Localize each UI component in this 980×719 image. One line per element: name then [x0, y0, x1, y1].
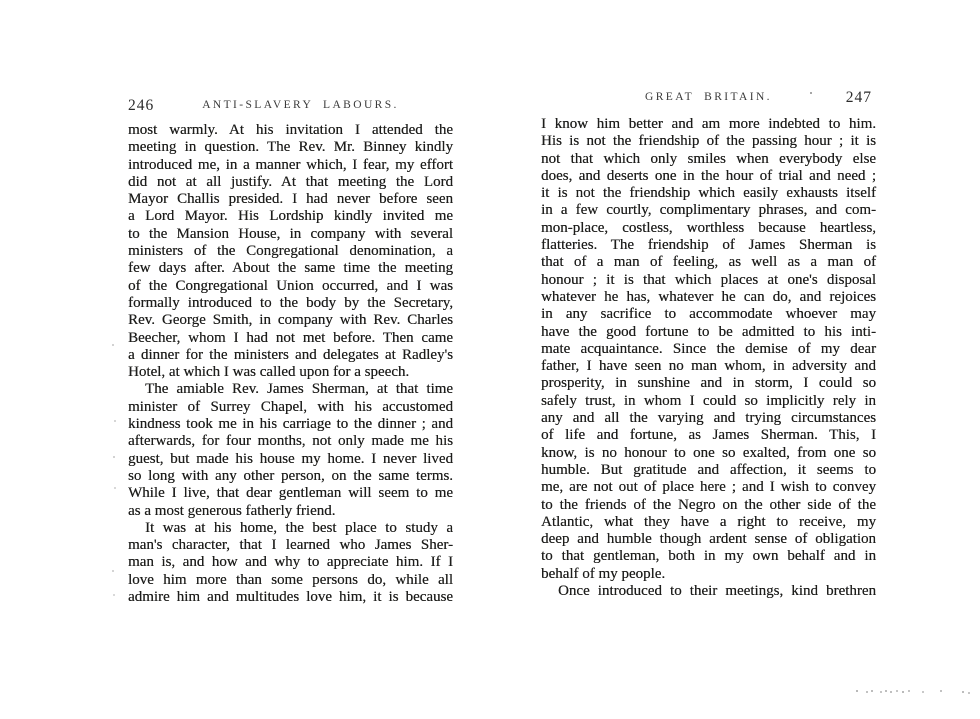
page-247-header: GREAT BRITAIN. 247 [541, 91, 876, 106]
page-247: GREAT BRITAIN. 247 I know him better and… [541, 91, 876, 600]
text-line: most warmly. At his invitation I attende… [128, 122, 453, 139]
running-header: GREAT BRITAIN. [541, 91, 876, 103]
page-246-header: 246 ANTI-SLAVERY LABOURS. [128, 99, 453, 114]
text-line: a Lord Mayor. His Lordship kindly invite… [128, 208, 453, 225]
text-line: prosperity, in sunshine and in storm, I … [541, 375, 876, 392]
text-line: any and all the varying and trying circu… [541, 410, 876, 427]
text-line: It was at his home, the best place to st… [128, 520, 453, 537]
text-line: man is, and how and why to appreciate hi… [128, 554, 453, 571]
text-line: honour ; it is that which places at one'… [541, 272, 876, 289]
scan-speckles [112, 344, 114, 346]
text-line: formally introduced to the body by the S… [128, 295, 453, 312]
text-line: Beecher, whom I had not met before. Then… [128, 330, 453, 347]
text-line: have the good fortune to be admitted to … [541, 324, 876, 341]
text-line: father, I have seen no man whom, in adve… [541, 358, 876, 375]
text-line: whatever he has, whatever he can do, and… [541, 289, 876, 306]
page-246-text: most warmly. At his invitation I attende… [128, 122, 453, 606]
text-line: does, and deserts one in the hour of tri… [541, 168, 876, 185]
text-line: deep and humble though ardent sense of o… [541, 531, 876, 548]
text-line: mate acquaintance. Since the demise of m… [541, 341, 876, 358]
text-line: kindness took me in his carriage to the … [128, 416, 453, 433]
text-line: behalf of my people. [541, 566, 876, 583]
text-line: The amiable Rev. James Sherman, at that … [128, 381, 453, 398]
text-line: a dinner for the ministers and delegates… [128, 347, 453, 364]
text-line: to that gentleman, both in my own behalf… [541, 548, 876, 565]
text-line: While I live, that dear gentleman will s… [128, 485, 453, 502]
text-line: guest, but made his house my home. I nev… [128, 451, 453, 468]
text-line: that of a man of feeling, as well as a m… [541, 254, 876, 271]
page-246: 246 ANTI-SLAVERY LABOURS. most warmly. A… [128, 99, 453, 606]
text-line: Hotel, at which I was called upon for a … [128, 364, 453, 381]
text-line: of the Congregational Union occurred, an… [128, 278, 453, 295]
scan-noise-dots [856, 690, 858, 692]
book-spread: 246 ANTI-SLAVERY LABOURS. most warmly. A… [0, 0, 980, 719]
ink-dot [810, 92, 812, 94]
page-247-text: I know him better and am more indebted t… [541, 116, 876, 600]
text-line: minister of Surrey Chapel, with his accu… [128, 399, 453, 416]
text-line: admire him and multitudes love him, it i… [128, 589, 453, 606]
page-number: 247 [846, 89, 872, 107]
text-line: Once introduced to their meetings, kind … [541, 583, 876, 600]
text-line: it is not the friendship which easily ex… [541, 185, 876, 202]
text-line: Rev. George Smith, in company with Rev. … [128, 312, 453, 329]
text-line: mon-place, costless, worthless because h… [541, 220, 876, 237]
text-line: flatteries. The friendship of James Sher… [541, 237, 876, 254]
text-line: afterwards, for four months, not only ma… [128, 433, 453, 450]
text-line: to the Mansion House, in company with se… [128, 226, 453, 243]
text-line: Mayor Challis presided. I had never befo… [128, 191, 453, 208]
text-line: humble. But gratitude and affection, it … [541, 462, 876, 479]
text-line: safely trust, in whom I could so implici… [541, 393, 876, 410]
text-line: few days after. About the same time the … [128, 260, 453, 277]
text-line: in any sacrifice to accommodate whoever … [541, 306, 876, 323]
text-line: to the friends of the Negro on the other… [541, 497, 876, 514]
text-line: ministers of the Congregational denomina… [128, 243, 453, 260]
text-line: His is not the friendship of the passing… [541, 133, 876, 150]
text-line: not that which only smiles when everybod… [541, 151, 876, 168]
text-line: love him more than some persons do, whil… [128, 572, 453, 589]
text-line: of life and fortune, as James Sherman. T… [541, 427, 876, 444]
text-line: meeting in question. The Rev. Mr. Binney… [128, 139, 453, 156]
text-line: in a few courtly, complimentary phrases,… [541, 202, 876, 219]
text-line: Atlantic, what they have a right to rece… [541, 514, 876, 531]
text-line: as a most generous fatherly friend. [128, 503, 453, 520]
text-line: I know him better and am more indebted t… [541, 116, 876, 133]
text-line: me, are not out of place here ; and I wi… [541, 479, 876, 496]
text-line: so long with any other person, on the sa… [128, 468, 453, 485]
text-line: man's character, that I learned who Jame… [128, 537, 453, 554]
text-line: introduced me, in a manner which, I fear… [128, 157, 453, 174]
text-line: know, is no honour to one so exalted, fr… [541, 445, 876, 462]
running-header: ANTI-SLAVERY LABOURS. [138, 99, 463, 111]
text-line: did not at all justify. At that meeting … [128, 174, 453, 191]
